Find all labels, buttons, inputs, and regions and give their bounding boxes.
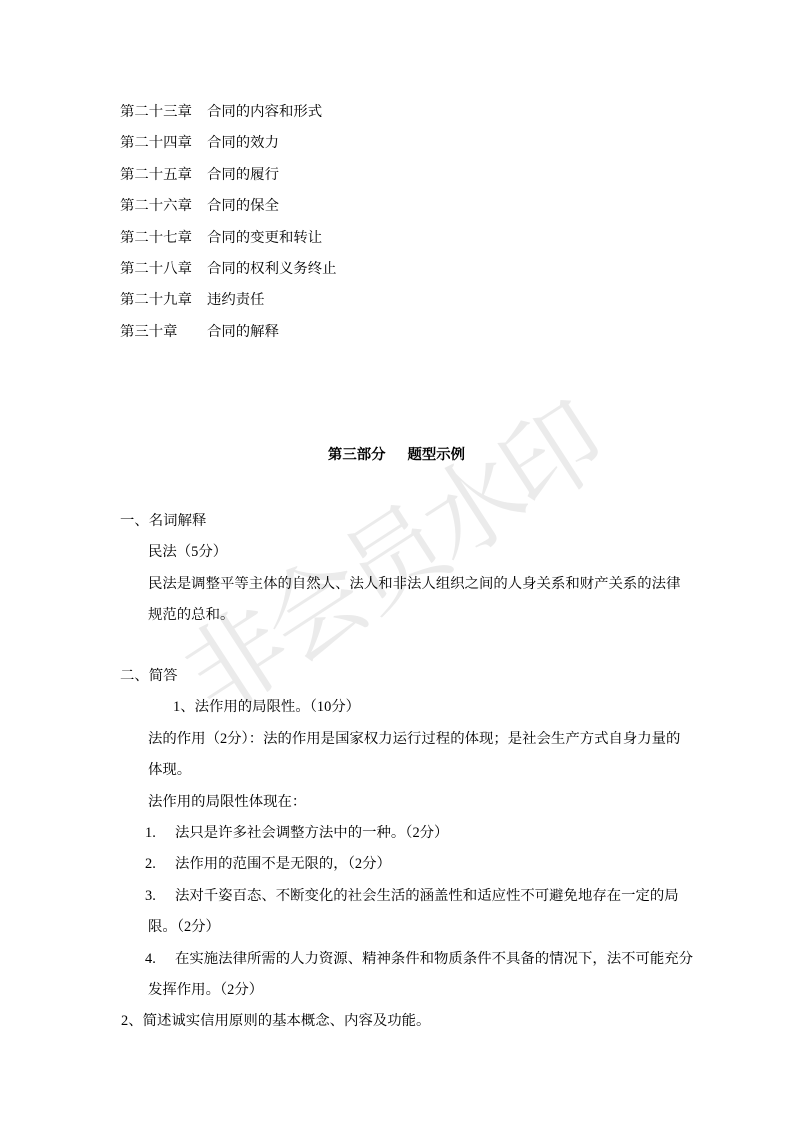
answer-list-item: 2.法作用的范围不是无限的，（2分） bbox=[145, 849, 693, 880]
chapter-title: 合同的变更和转让 bbox=[207, 223, 322, 254]
q2-paragraph-line: 法作用的局限性体现在： bbox=[148, 787, 693, 818]
chapter-row: 第二十八章 合同的权利义务终止 bbox=[120, 254, 337, 285]
list-item-text: 法对千姿百态、不断变化的社会生活的涵盖性和适应性不可避免地存在一定的局 bbox=[175, 888, 679, 904]
chapter-label: 第二十八章 bbox=[120, 254, 207, 285]
answer-list-item: 3.法对千姿百态、不断变化的社会生活的涵盖性和适应性不可避免地存在一定的局 bbox=[145, 881, 693, 912]
part-heading-number: 第三部分 bbox=[328, 447, 386, 463]
chapter-label: 第二十九章 bbox=[120, 285, 207, 316]
chapter-label: 第二十四章 bbox=[120, 128, 207, 159]
list-item-number: 4. bbox=[145, 944, 175, 975]
q1-definition-line: 民法是调整平等主体的自然人、法人和非法人组织之间的人身关系和财产关系的法律 bbox=[148, 569, 680, 600]
chapter-row: 第三十章 合同的解释 bbox=[120, 317, 337, 348]
q2-paragraph-line: 法的作用（2分）：法的作用是国家权力运行过程的体现；是社会生产方式自身力量的 bbox=[148, 724, 693, 755]
document-page: 非会员水印 第二十三章 合同的内容和形式 第二十四章 合同的效力 第二十五章 合… bbox=[0, 0, 793, 1122]
answer-list-item: 4.在实施法律所需的人力资源、精神条件和物质条件不具备的情况下，法不可能充分 bbox=[145, 944, 693, 975]
chapter-row: 第二十七章 合同的变更和转让 bbox=[120, 223, 337, 254]
q1-term: 民法（5分） bbox=[148, 537, 680, 568]
list-item-number: 1. bbox=[145, 818, 175, 849]
q1-definition-line: 规范的总和。 bbox=[148, 600, 680, 631]
chapter-label: 第二十五章 bbox=[120, 160, 207, 191]
list-item-text: 法作用的范围不是无限的，（2分） bbox=[175, 856, 391, 872]
list-item-text: 法只是许多社会调整方法中的一种。（2分） bbox=[175, 825, 448, 841]
chapter-title: 合同的权利义务终止 bbox=[207, 254, 337, 285]
chapter-row: 第二十三章 合同的内容和形式 bbox=[120, 97, 337, 128]
chapter-title: 违约责任 bbox=[207, 285, 265, 316]
list-item-number: 2. bbox=[145, 849, 175, 880]
section-short-answer: 二、简答 1、法作用的局限性。（10分） 法的作用（2分）：法的作用是国家权力运… bbox=[120, 661, 693, 1038]
chapter-row: 第二十五章 合同的履行 bbox=[120, 160, 337, 191]
q2-paragraph-line: 体现。 bbox=[148, 755, 693, 786]
answer-list-item: 1.法只是许多社会调整方法中的一种。（2分） bbox=[145, 818, 693, 849]
chapter-row: 第二十四章 合同的效力 bbox=[120, 128, 337, 159]
q2-header: 二、简答 bbox=[120, 661, 693, 692]
part-heading-title: 题型示例 bbox=[408, 447, 466, 463]
q2-sub2-title: 2、简述诚实信用原则的基本概念、内容及功能。 bbox=[121, 1006, 693, 1037]
chapter-title: 合同的效力 bbox=[207, 128, 279, 159]
chapter-title: 合同的内容和形式 bbox=[207, 97, 322, 128]
list-item-wrap-line: 发挥作用。（2分） bbox=[148, 975, 693, 1006]
chapter-label: 第二十三章 bbox=[120, 97, 207, 128]
chapter-title: 合同的保全 bbox=[207, 191, 279, 222]
list-item-number: 3. bbox=[145, 881, 175, 912]
part-heading: 第三部分题型示例 bbox=[0, 440, 793, 471]
chapter-label: 第二十六章 bbox=[120, 191, 207, 222]
chapter-title: 合同的履行 bbox=[207, 160, 279, 191]
chapter-row: 第二十九章 违约责任 bbox=[120, 285, 337, 316]
q1-header: 一、名词解释 bbox=[120, 506, 680, 537]
list-item-wrap-line: 限。（2分） bbox=[148, 912, 693, 943]
q2-sub1-title: 1、法作用的局限性。（10分） bbox=[173, 692, 693, 723]
chapter-title: 合同的解释 bbox=[207, 317, 279, 348]
chapter-label: 第二十七章 bbox=[120, 223, 207, 254]
chapter-label: 第三十章 bbox=[120, 317, 207, 348]
list-item-text: 在实施法律所需的人力资源、精神条件和物质条件不具备的情况下，法不可能充分 bbox=[175, 951, 693, 967]
chapter-list: 第二十三章 合同的内容和形式 第二十四章 合同的效力 第二十五章 合同的履行 第… bbox=[120, 97, 337, 348]
chapter-row: 第二十六章 合同的保全 bbox=[120, 191, 337, 222]
section-term-definition: 一、名词解释 民法（5分） 民法是调整平等主体的自然人、法人和非法人组织之间的人… bbox=[120, 506, 680, 632]
